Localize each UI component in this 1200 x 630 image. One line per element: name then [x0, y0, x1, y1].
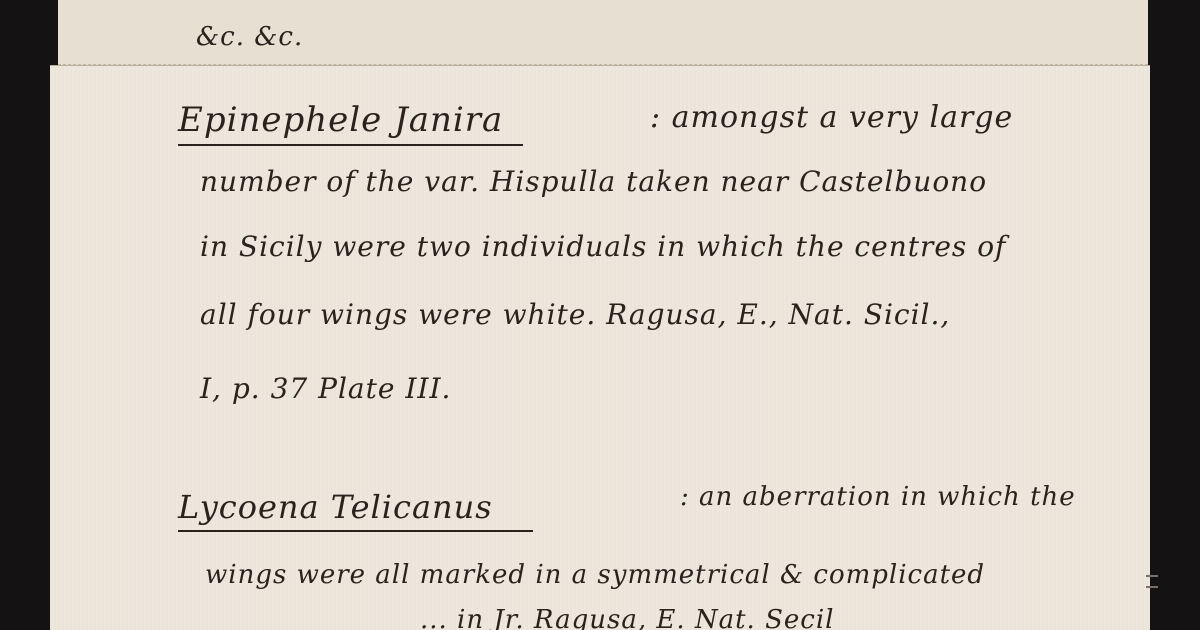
entry1-line2: number of the var. Hispulla taken near C… — [200, 165, 987, 198]
entry1-line5: I, p. 37 Plate III. — [200, 372, 451, 405]
back-sheet-text: &c. &c. — [196, 22, 303, 52]
species-name-lycoena-telicanus: Lycoena Telicanus — [178, 488, 533, 532]
entry2-line3: ... in Jr. Ragusa, E. Nat. Secil — [420, 605, 834, 630]
species-name-epinephele-janira: Epinephele Janira — [178, 100, 523, 146]
margin-mark — [1146, 575, 1158, 577]
entry2-line1: : an aberration in which the — [680, 482, 1076, 512]
entry1-line1: : amongst a very large — [650, 100, 1013, 135]
front-paper-sheet — [50, 66, 1150, 630]
entry1-line3: in Sicily were two individuals in which … — [200, 230, 1006, 263]
margin-mark — [1146, 586, 1158, 588]
torn-edge — [58, 64, 1148, 69]
entry1-line4: all four wings were white. Ragusa, E., N… — [200, 298, 950, 331]
entry2-line2: wings were all marked in a symmetrical &… — [205, 560, 985, 590]
